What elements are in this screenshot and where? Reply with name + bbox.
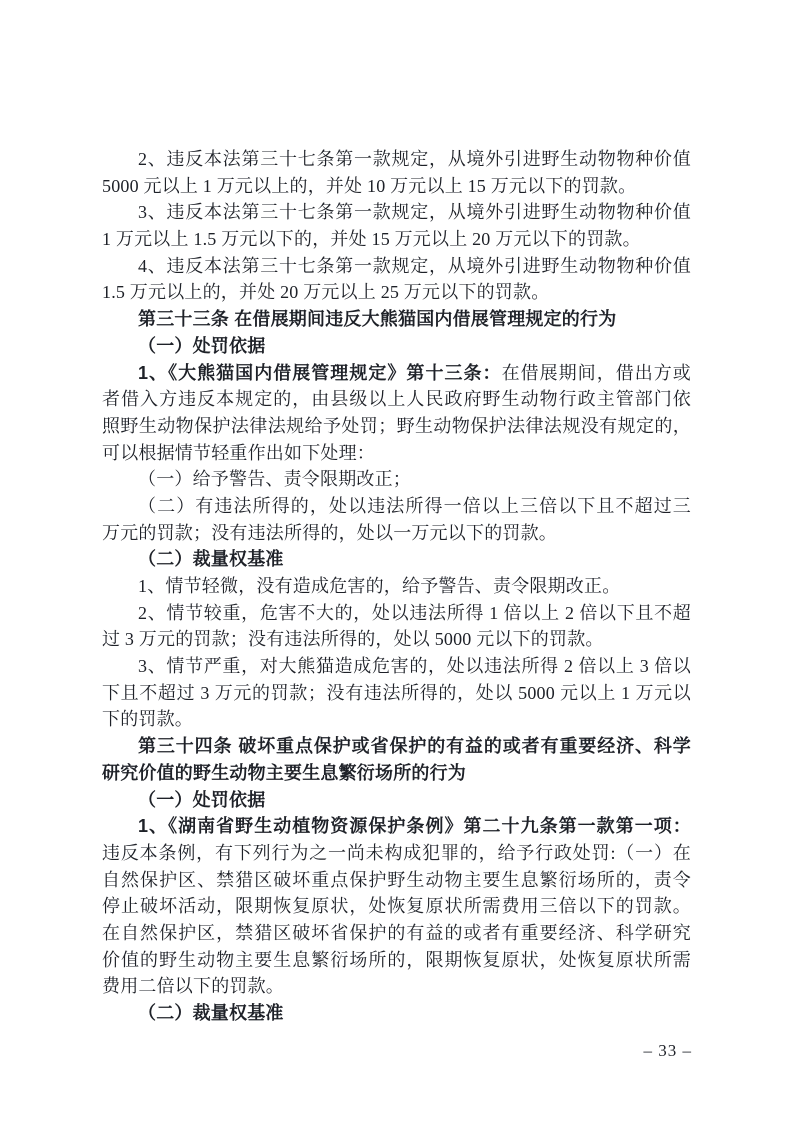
bold-text-run: 第三十四条 破坏重点保护或省保护的有益的或者有重要经济、科学	[138, 736, 691, 756]
text-line: 第三十四条 破坏重点保护或省保护的有益的或者有重要经济、科学	[102, 733, 691, 760]
text-run: 3、违反本法第三十七条第一款规定，从境外引进野生动物物种价值	[138, 202, 691, 222]
text-line: 1 万元以上 1.5 万元以下的，并处 15 万元以上 20 万元以下的罚款。	[102, 226, 691, 253]
text-line: 3、违反本法第三十七条第一款规定，从境外引进野生动物物种价值	[102, 199, 691, 226]
text-line: （二）裁量权基准	[102, 1000, 691, 1027]
page-number: – 33 –	[644, 1041, 693, 1061]
text-run: 4、违反本法第三十七条第一款规定，从境外引进野生动物物种价值	[138, 256, 691, 276]
bold-text-run: 1、《大熊猫国内借展管理规定》第十三条：	[138, 363, 502, 383]
text-line: 2、情节较重，危害不大的，处以违法所得 1 倍以上 2 倍以下且不超	[102, 600, 691, 627]
text-run: 下且不超过 3 万元的罚款；没有违法所得的，处以 5000 元以上 1 万元以	[102, 683, 691, 703]
text-run: （二）有违法所得的，处以违法所得一倍以上三倍以下且不超过三	[138, 496, 691, 516]
text-line: 可以根据情节轻重作出如下处理：	[102, 440, 691, 467]
text-line: 4、违反本法第三十七条第一款规定，从境外引进野生动物物种价值	[102, 253, 691, 280]
text-line: 者借入方违反本规定的，由县级以上人民政府野生动物行政主管部门依	[102, 386, 691, 413]
text-run: 2、情节较重，危害不大的，处以违法所得 1 倍以上 2 倍以下且不超	[138, 603, 691, 623]
bold-text-run: 研究价值的野生动物主要生息繁衍场所的行为	[102, 763, 466, 783]
text-line: （二）有违法所得的，处以违法所得一倍以上三倍以下且不超过三	[102, 493, 691, 520]
text-run: 1、情节轻微，没有造成危害的，给予警告、责令限期改正。	[138, 576, 620, 596]
text-run: 自然保护区、禁猎区破坏重点保护野生动物主要生息繁衍场所的，责令	[102, 870, 691, 890]
text-line: 研究价值的野生动物主要生息繁衍场所的行为	[102, 760, 691, 787]
text-line: 过 3 万元的罚款；没有违法所得的，处以 5000 元以下的罚款。	[102, 626, 691, 653]
text-run: （一）给予警告、责令限期改正；	[138, 469, 411, 489]
text-line: 5000 元以上 1 万元以上的，并处 10 万元以上 15 万元以下的罚款。	[102, 173, 691, 200]
text-line: （一）处罚依据	[102, 787, 691, 814]
text-run: 违反本条例，有下列行为之一尚未构成犯罪的，给予行政处罚:（一）在	[102, 843, 691, 863]
text-line: （二）裁量权基准	[102, 546, 691, 573]
text-line: 1、《湖南省野生动植物资源保护条例》第二十九条第一款第一项：	[102, 813, 691, 840]
text-line: 万元的罚款；没有违法所得的，处以一万元以下的罚款。	[102, 520, 691, 547]
text-line: 违反本条例，有下列行为之一尚未构成犯罪的，给予行政处罚:（一）在	[102, 840, 691, 867]
text-line: 下的罚款。	[102, 706, 691, 733]
text-run: 万元的罚款；没有违法所得的，处以一万元以下的罚款。	[102, 523, 557, 543]
text-line: 1、《大熊猫国内借展管理规定》第十三条：在借展期间，借出方或	[102, 360, 691, 387]
text-line: （一）处罚依据	[102, 333, 691, 360]
bold-text-run: （二）裁量权基准	[138, 549, 284, 569]
bold-text-run: （一）处罚依据	[138, 790, 265, 810]
text-line: 第三十三条 在借展期间违反大熊猫国内借展管理规定的行为	[102, 306, 691, 333]
text-line: 停止破坏活动，限期恢复原状，处恢复原状所需费用三倍以下的罚款。	[102, 893, 691, 920]
text-run: 在自然保护区，禁猎区破坏省保护的有益的或者有重要经济、科学研究	[102, 923, 691, 943]
text-line: 照野生动物保护法律法规给予处罚；野生动物保护法律法规没有规定的，	[102, 413, 691, 440]
text-run: 照野生动物保护法律法规给予处罚；野生动物保护法律法规没有规定的，	[102, 416, 691, 436]
text-line: 费用二倍以下的罚款。	[102, 973, 691, 1000]
bold-text-run: 第三十三条 在借展期间违反大熊猫国内借展管理规定的行为	[138, 309, 616, 329]
text-run: 停止破坏活动，限期恢复原状，处恢复原状所需费用三倍以下的罚款。	[102, 896, 691, 916]
text-line: 自然保护区、禁猎区破坏重点保护野生动物主要生息繁衍场所的，责令	[102, 867, 691, 894]
text-run: 价值的野生动物主要生息繁衍场所的，限期恢复原状，处恢复原状所需	[102, 950, 691, 970]
text-run: 者借入方违反本规定的，由县级以上人民政府野生动物行政主管部门依	[102, 389, 691, 409]
text-run: 过 3 万元的罚款；没有违法所得的，处以 5000 元以下的罚款。	[102, 629, 604, 649]
text-line: 在自然保护区，禁猎区破坏省保护的有益的或者有重要经济、科学研究	[102, 920, 691, 947]
document-text: 2、违反本法第三十七条第一款规定，从境外引进野生动物物种价值5000 元以上 1…	[102, 146, 691, 1027]
text-run: 在借展期间，借出方或	[502, 363, 691, 383]
text-run: 2、违反本法第三十七条第一款规定，从境外引进野生动物物种价值	[138, 149, 691, 169]
text-line: 3、情节严重，对大熊猫造成危害的，处以违法所得 2 倍以上 3 倍以	[102, 653, 691, 680]
text-run: 5000 元以上 1 万元以上的，并处 10 万元以上 15 万元以下的罚款。	[102, 176, 636, 196]
document-page: 2、违反本法第三十七条第一款规定，从境外引进野生动物物种价值5000 元以上 1…	[0, 0, 793, 1122]
text-run: 下的罚款。	[102, 709, 193, 729]
text-line: （一）给予警告、责令限期改正；	[102, 466, 691, 493]
text-line: 1.5 万元以上的，并处 20 万元以上 25 万元以下的罚款。	[102, 279, 691, 306]
text-run: 可以根据情节轻重作出如下处理：	[102, 443, 375, 463]
text-run: 3、情节严重，对大熊猫造成危害的，处以违法所得 2 倍以上 3 倍以	[138, 656, 691, 676]
text-run: 1 万元以上 1.5 万元以下的，并处 15 万元以上 20 万元以下的罚款。	[102, 229, 641, 249]
bold-text-run: （二）裁量权基准	[138, 1003, 284, 1023]
text-line: 下且不超过 3 万元的罚款；没有违法所得的，处以 5000 元以上 1 万元以	[102, 680, 691, 707]
text-line: 1、情节轻微，没有造成危害的，给予警告、责令限期改正。	[102, 573, 691, 600]
text-run: 1.5 万元以上的，并处 20 万元以上 25 万元以下的罚款。	[102, 282, 549, 302]
bold-text-run: 1、《湖南省野生动植物资源保护条例》第二十九条第一款第一项：	[138, 816, 691, 836]
text-run: 费用二倍以下的罚款。	[102, 976, 284, 996]
text-line: 价值的野生动物主要生息繁衍场所的，限期恢复原状，处恢复原状所需	[102, 947, 691, 974]
bold-text-run: （一）处罚依据	[138, 336, 265, 356]
text-line: 2、违反本法第三十七条第一款规定，从境外引进野生动物物种价值	[102, 146, 691, 173]
